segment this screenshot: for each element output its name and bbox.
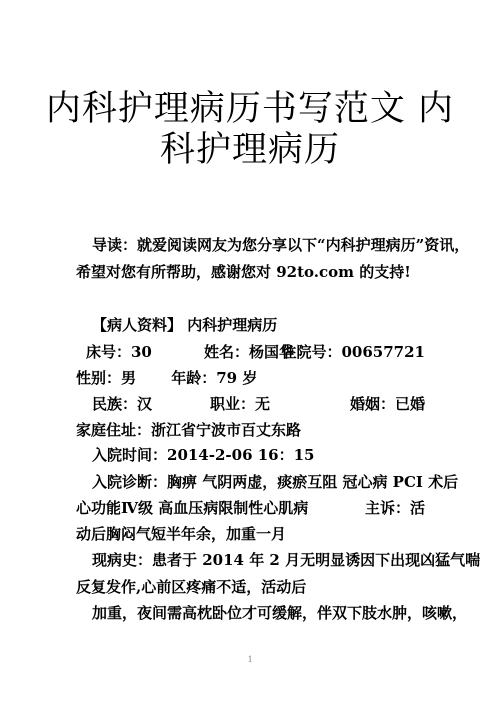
admission-number: 住院号：00657721: [282, 343, 426, 361]
patient-marital-status: 婚姻：已婚: [350, 395, 425, 413]
history-line-1: 现病史：患者于 2014 年 2 月无明显诱因下出现凶猛气喘: [92, 551, 425, 569]
diagnosis-line-2: 心功能Ⅳ级 高血压病限制性心肌病 主诉：活: [76, 499, 425, 517]
chief-complaint-label: 主诉：活: [365, 499, 425, 517]
patient-sex-age-row: 性别：男 年龄：79 岁: [76, 369, 425, 387]
diagnosis-line-2-left: 心功能Ⅳ级 高血压病限制性心肌病: [76, 499, 308, 517]
patient-name: 姓名：杨国华: [204, 343, 294, 361]
intro-line-1: 导读：就爱阅读网友为您分享以下“内科护理病历”资讯，: [92, 236, 425, 254]
patient-address: 家庭住址：浙江省宁波市百丈东路: [76, 421, 425, 439]
document-title-line-2: 科护理病历: [0, 130, 500, 170]
patient-occupation: 职业：无: [210, 395, 270, 413]
patient-sex: 性别：男: [76, 369, 136, 387]
patient-info-heading: 【病人资料】 内科护理病历: [92, 316, 425, 334]
admission-time: 入院时间：2014-2-06 16：15: [92, 446, 425, 464]
bed-number: 床号：30: [86, 343, 152, 361]
document-title-line-1: 内科护理病历书写范文 内: [0, 89, 500, 129]
page-number: 1: [0, 654, 500, 664]
history-line-2: 反复发作,心前区疼痛不适，活动后: [76, 578, 425, 596]
patient-ethnicity: 民族：汉: [92, 395, 152, 413]
patient-age: 年龄：79 岁: [171, 369, 257, 387]
intro-line-2: 希望对您有所帮助，感谢您对 92to.com 的支持!: [76, 263, 425, 281]
diagnosis-line-3: 动后胸闷气短半年余，加重一月: [76, 525, 425, 543]
history-line-3: 加重，夜间需高枕卧位才可缓解，伴双下肢水肿，咳嗽，: [92, 604, 425, 622]
diagnosis-line-1: 入院诊断：胸痹 气阴两虚，痰瘀互阻 冠心病 PCI 术后: [92, 473, 425, 491]
